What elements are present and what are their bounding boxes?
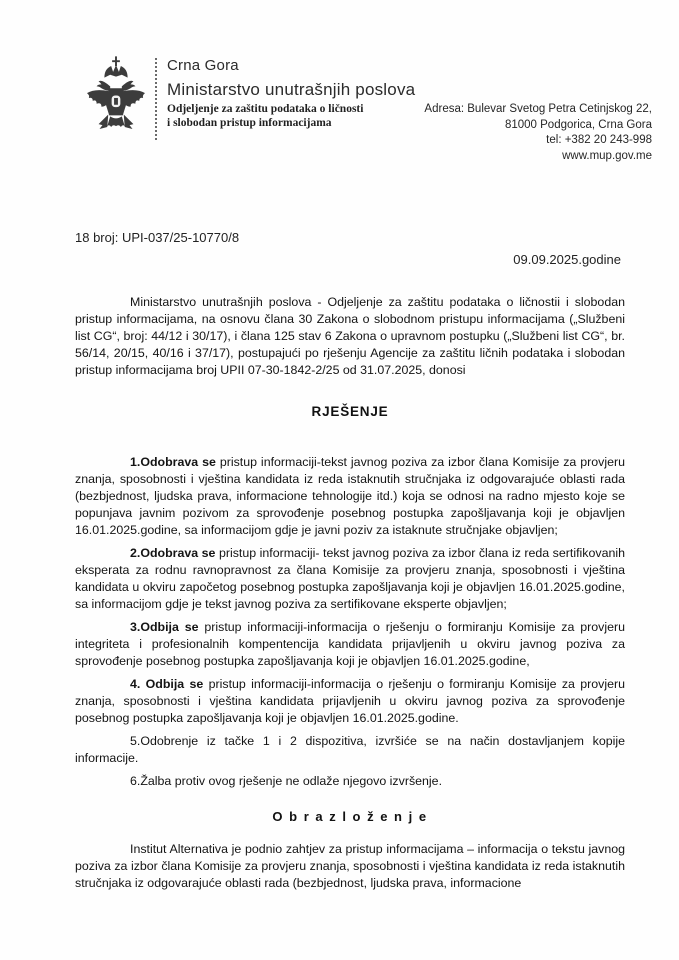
document-body: Ministarstvo unutrašnjih poslova - Odjel… <box>75 294 625 898</box>
section-heading-obrazlozenje: O b r a z l o ž e n j e <box>75 808 625 825</box>
address-website: www.mup.gov.me <box>424 149 652 165</box>
letterhead: Crna Gora Ministarstvo unutrašnjih poslo… <box>85 56 652 164</box>
document-page: Crna Gora Ministarstvo unutrašnjih poslo… <box>0 0 679 960</box>
org-block: Crna Gora Ministarstvo unutrašnjih poslo… <box>167 56 415 164</box>
decision-item-5: 5.Odobrenje iz tačke 1 i 2 dispozitiva, … <box>75 733 625 767</box>
org-country: Crna Gora <box>167 57 415 74</box>
montenegro-coat-of-arms-icon <box>85 56 149 164</box>
address-city: 81000 Podgorica, Crna Gora <box>424 118 652 134</box>
address-phone: tel: +382 20 243-998 <box>424 133 652 149</box>
org-ministry: Ministarstvo unutrašnjih poslova <box>167 80 415 100</box>
decision-item-3-lead: 3.Odbija se <box>130 620 199 634</box>
decision-item-1-lead: 1.Odobrava se <box>130 455 216 469</box>
decision-item-4: 4. Odbija se pristup informaciji-informa… <box>75 676 625 727</box>
address-street: Adresa: Bulevar Svetog Petra Cetinjskog … <box>424 102 652 118</box>
letterhead-divider <box>155 58 157 140</box>
address-block: Adresa: Bulevar Svetog Petra Cetinjskog … <box>424 56 652 164</box>
decision-item-4-lead: 4. Odbija se <box>130 677 203 691</box>
org-department-line2: i slobodan pristup informacijama <box>167 117 415 131</box>
decision-item-6-text: 6.Žalba protiv ovog rješenje ne odlaže n… <box>130 774 442 788</box>
decision-item-5-text: 5.Odobrenje iz tačke 1 i 2 dispozitiva, … <box>75 734 625 765</box>
document-date: 09.09.2025.godine <box>513 252 621 267</box>
decision-item-2-lead: 2.Odobrava se <box>130 546 215 560</box>
intro-paragraph: Ministarstvo unutrašnjih poslova - Odjel… <box>75 294 625 379</box>
decision-item-3: 3.Odbija se pristup informaciji-informac… <box>75 619 625 670</box>
closing-paragraph: Institut Alternativa je podnio zahtjev z… <box>75 841 625 892</box>
decision-item-1: 1.Odobrava se pristup informaciji-tekst … <box>75 454 625 539</box>
case-number: 18 broj: UPI-037/25-10770/8 <box>75 230 239 245</box>
decision-item-2: 2.Odobrava se pristup informaciji- tekst… <box>75 545 625 613</box>
org-department-line1: Odjeljenje za zaštitu podataka o ličnost… <box>167 103 415 117</box>
document-title: RJEŠENJE <box>75 403 625 420</box>
decision-item-6: 6.Žalba protiv ovog rješenje ne odlaže n… <box>75 773 625 790</box>
